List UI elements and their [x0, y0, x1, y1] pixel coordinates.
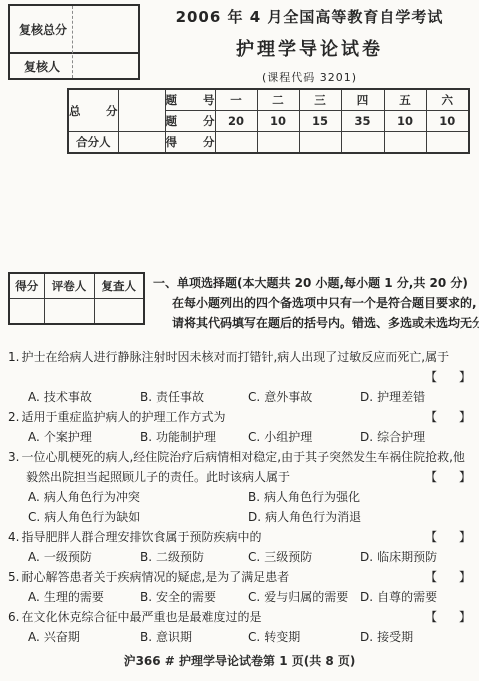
section-intro: 一、单项选择题(本大题共 20 小题,每小题 1 分,共 20 分) 在每小题列…: [153, 273, 479, 333]
option-a: A.技术事故: [28, 387, 140, 407]
option-text: 功能制护理: [156, 430, 216, 444]
question-points-header: 题 分: [165, 111, 215, 132]
grading-box-blank-row: [9, 299, 144, 325]
question-points-cell: 10: [257, 111, 299, 132]
option-row: A.个案护理B.功能制护理C.小组护理D.综合护理: [8, 427, 472, 447]
option-label: C.: [248, 630, 260, 644]
option-row: A.一级预防B.二级预防C.三级预防D.临床期预防: [8, 547, 472, 567]
option-b: B.安全的需要: [140, 587, 248, 607]
question-number: 4.: [8, 530, 19, 544]
section-instruction-line: 在每小题列出的四个备选项中只有一个是符合题目要求的,: [153, 293, 479, 313]
grading-box: 得分 评卷人 复查人: [8, 272, 145, 325]
option-label: B.: [140, 390, 152, 404]
option-text: 个案护理: [44, 430, 92, 444]
option-text: 接受期: [377, 630, 413, 644]
score-blank-cell: [299, 132, 341, 154]
option-c: C.意外事故: [248, 387, 360, 407]
obtained-score-row: 合分人 得 分: [68, 132, 469, 154]
question: 5.耐心解答患者关于疾病情况的疑虑,是为了满足患者【】A.生理的需要B.安全的需…: [8, 567, 472, 607]
grading-score-label: 得分: [9, 273, 44, 299]
option-a: A.病人角色行为冲突: [28, 487, 248, 507]
option-text: 爱与归属的需要: [264, 590, 348, 604]
option-text: 病人角色行为冲突: [44, 490, 140, 504]
option-c: C.爱与归属的需要: [248, 587, 360, 607]
answer-bracket: 【】: [425, 527, 471, 547]
option-d: D.护理差错: [360, 387, 472, 407]
course-code: (课程代码 3201): [140, 69, 479, 85]
question-list: 1.护士在给病人进行静脉注射时因未核对而打错针,病人出现了过敏反应而死亡,属于【…: [8, 347, 472, 647]
bracket-open: 【: [425, 367, 437, 387]
exam-paper-page: 复核总分 复核人 2006 年 4 月全国高等教育自学考试 护理学导论试卷 (课…: [0, 0, 479, 681]
option-d: D.病人角色行为消退: [248, 507, 472, 527]
option-label: A.: [28, 550, 40, 564]
question-number-cell: 二: [257, 89, 299, 111]
option-text: 三级预防: [264, 550, 312, 564]
total-score-label: 总 分: [68, 89, 118, 132]
option-text: 意识期: [156, 630, 192, 644]
obtained-score-header: 得 分: [165, 132, 215, 154]
option-row: A.生理的需要B.安全的需要C.爱与归属的需要D.自尊的需要: [8, 587, 472, 607]
option-label: C.: [248, 430, 260, 444]
option-b: B.功能制护理: [140, 427, 248, 447]
option-label: C.: [248, 550, 260, 564]
bracket-close: 】: [459, 467, 471, 487]
option-label: B.: [248, 490, 260, 504]
question-number: 6.: [8, 610, 19, 624]
option-text: 护理差错: [377, 390, 425, 404]
option-row: A.技术事故B.责任事故C.意外事故D.护理差错: [8, 387, 472, 407]
option-row: A.病人角色行为冲突B.病人角色行为强化C.病人角色行为缺如D.病人角色行为消退: [8, 487, 472, 527]
question: 4.指导肥胖人群合理安排饮食属于预防疾病中的【】A.一级预防B.二级预防C.三级…: [8, 527, 472, 567]
question-points-cell: 10: [384, 111, 426, 132]
answer-bracket: 【】: [425, 567, 471, 587]
answer-bracket: 【】: [425, 607, 471, 627]
question-points-cell: 35: [341, 111, 384, 132]
bracket-close: 】: [459, 527, 471, 547]
option-row: A.兴奋期B.意识期C.转变期D.接受期: [8, 627, 472, 647]
checker-label: 复查人: [94, 273, 144, 299]
option-text: 生理的需要: [44, 590, 104, 604]
bracket-open: 【: [425, 527, 437, 547]
question-number-header: 题 号: [165, 89, 215, 111]
question-points-cell: 15: [299, 111, 341, 132]
option-label: C.: [28, 510, 40, 524]
option-text: 病人角色行为缺如: [44, 510, 140, 524]
option-a: A.个案护理: [28, 427, 140, 447]
option-label: D.: [360, 590, 373, 604]
question-text: 3.一位心肌梗死的病人,经住院治疗后病情相对稳定,由于其子突然发生车祸住院抢救,…: [8, 447, 472, 487]
question-number: 3.: [8, 450, 19, 464]
bracket-close: 】: [459, 567, 471, 587]
option-text: 安全的需要: [156, 590, 216, 604]
question-points-cell: 10: [426, 111, 469, 132]
score-blank-cell: [257, 132, 299, 154]
option-label: A.: [28, 590, 40, 604]
option-b: B.责任事故: [140, 387, 248, 407]
option-c: C.小组护理: [248, 427, 360, 447]
option-d: D.临床期预防: [360, 547, 472, 567]
question-number-row: 总 分 题 号 一二三四五六: [68, 89, 469, 111]
option-label: B.: [140, 550, 152, 564]
grading-score-blank: [9, 299, 44, 325]
page-footer: 沪366 # 护理学导论试卷第 1 页(共 8 页): [0, 652, 479, 669]
option-label: A.: [28, 630, 40, 644]
option-text: 技术事故: [44, 390, 92, 404]
question-number-cell: 一: [215, 89, 257, 111]
question-number-cell: 六: [426, 89, 469, 111]
reviewer-label: 复核人: [24, 58, 60, 75]
option-text: 意外事故: [264, 390, 312, 404]
review-total-label: 复核总分: [19, 21, 67, 38]
score-blank-cell: [215, 132, 257, 154]
option-a: A.生理的需要: [28, 587, 140, 607]
bracket-open: 【: [425, 607, 437, 627]
section-heading: 一、单项选择题(本大题共 20 小题,每小题 1 分,共 20 分): [153, 273, 479, 293]
option-text: 综合护理: [377, 430, 425, 444]
question: 1.护士在给病人进行静脉注射时因未核对而打错针,病人出现了过敏反应而死亡,属于【…: [8, 347, 472, 407]
answer-bracket: 【】: [425, 407, 471, 427]
question: 3.一位心肌梗死的病人,经住院治疗后病情相对稳定,由于其子突然发生车祸住院抢救,…: [8, 447, 472, 527]
option-label: A.: [28, 430, 40, 444]
bracket-open: 【: [425, 407, 437, 427]
option-text: 病人角色行为消退: [265, 510, 361, 524]
grader-blank: [44, 299, 94, 325]
option-text: 病人角色行为强化: [264, 490, 360, 504]
question-number-cell: 四: [341, 89, 384, 111]
section-instruction-line: 请将其代码填写在题后的括号内。错选、多选或未选均无分。: [153, 313, 479, 333]
grader-label: 评卷人: [44, 273, 94, 299]
question-number: 1.: [8, 350, 19, 364]
option-a: A.兴奋期: [28, 627, 140, 647]
question-number: 2.: [8, 410, 19, 424]
option-text: 转变期: [264, 630, 300, 644]
review-total-row: 复核总分: [10, 6, 138, 54]
bracket-open: 【: [425, 567, 437, 587]
question-text: 1.护士在给病人进行静脉注射时因未核对而打错针,病人出现了过敏反应而死亡,属于: [8, 347, 472, 367]
bracket-open: 【: [425, 467, 437, 487]
question-number: 5.: [8, 570, 19, 584]
option-text: 自尊的需要: [377, 590, 437, 604]
option-label: B.: [140, 630, 152, 644]
score-combiner-blank-cell: [118, 132, 165, 154]
option-label: C.: [248, 390, 260, 404]
score-blank-cell: [341, 132, 384, 154]
option-d: D.接受期: [360, 627, 472, 647]
option-d: D.综合护理: [360, 427, 472, 447]
reviewer-row: 复核人: [10, 54, 138, 78]
option-text: 责任事故: [156, 390, 204, 404]
option-label: A.: [28, 390, 40, 404]
question: 6.在文化休克综合征中最严重也是最难度过的是【】A.兴奋期B.意识期C.转变期D…: [8, 607, 472, 647]
option-label: C.: [248, 590, 260, 604]
option-b: B.二级预防: [140, 547, 248, 567]
exam-title: 2006 年 4 月全国高等教育自学考试: [140, 6, 479, 27]
checker-blank: [94, 299, 144, 325]
option-label: D.: [360, 630, 373, 644]
option-d: D.自尊的需要: [360, 587, 472, 607]
score-blank-cell: [384, 132, 426, 154]
option-label: B.: [140, 430, 152, 444]
option-text: 一级预防: [44, 550, 92, 564]
answer-bracket-line: 【】: [8, 367, 472, 387]
option-label: D.: [360, 430, 373, 444]
bracket-close: 】: [459, 407, 471, 427]
option-c: C.三级预防: [248, 547, 360, 567]
question-text: 2.适用于重症监护病人的护理工作方式为【】: [8, 407, 472, 427]
question-number-cell: 三: [299, 89, 341, 111]
total-score-blank-cell: [118, 89, 165, 132]
paper-title: 护理学导论试卷: [140, 35, 479, 61]
option-c: C.病人角色行为缺如: [28, 507, 248, 527]
option-label: B.: [140, 590, 152, 604]
option-text: 临床期预防: [377, 550, 437, 564]
question-number-cell: 五: [384, 89, 426, 111]
score-combiner-label: 合分人: [68, 132, 118, 154]
option-a: A.一级预防: [28, 547, 140, 567]
score-summary-table: 总 分 题 号 一二三四五六 题 分 201015351010 合分人 得 分: [67, 88, 470, 154]
option-label: D.: [360, 550, 373, 564]
bracket-close: 】: [459, 367, 471, 387]
bracket-close: 】: [459, 607, 471, 627]
grading-box-header-row: 得分 评卷人 复查人: [9, 273, 144, 299]
option-label: D.: [360, 390, 373, 404]
option-c: C.转变期: [248, 627, 360, 647]
answer-bracket: 【】: [425, 367, 471, 387]
question-text: 6.在文化休克综合征中最严重也是最难度过的是【】: [8, 607, 472, 627]
option-label: D.: [248, 510, 261, 524]
review-box-dashed-divider: [72, 6, 73, 78]
option-text: 兴奋期: [44, 630, 80, 644]
review-score-box: 复核总分 复核人: [8, 4, 140, 80]
option-text: 小组护理: [264, 430, 312, 444]
option-b: B.意识期: [140, 627, 248, 647]
answer-bracket: 【】: [425, 467, 471, 487]
option-b: B.病人角色行为强化: [248, 487, 472, 507]
question-text: 4.指导肥胖人群合理安排饮食属于预防疾病中的【】: [8, 527, 472, 547]
option-text: 二级预防: [156, 550, 204, 564]
question-points-cell: 20: [215, 111, 257, 132]
title-block: 2006 年 4 月全国高等教育自学考试 护理学导论试卷 (课程代码 3201): [140, 6, 479, 85]
question: 2.适用于重症监护病人的护理工作方式为【】A.个案护理B.功能制护理C.小组护理…: [8, 407, 472, 447]
question-text: 5.耐心解答患者关于疾病情况的疑虑,是为了满足患者【】: [8, 567, 472, 587]
option-label: A.: [28, 490, 40, 504]
score-blank-cell: [426, 132, 469, 154]
